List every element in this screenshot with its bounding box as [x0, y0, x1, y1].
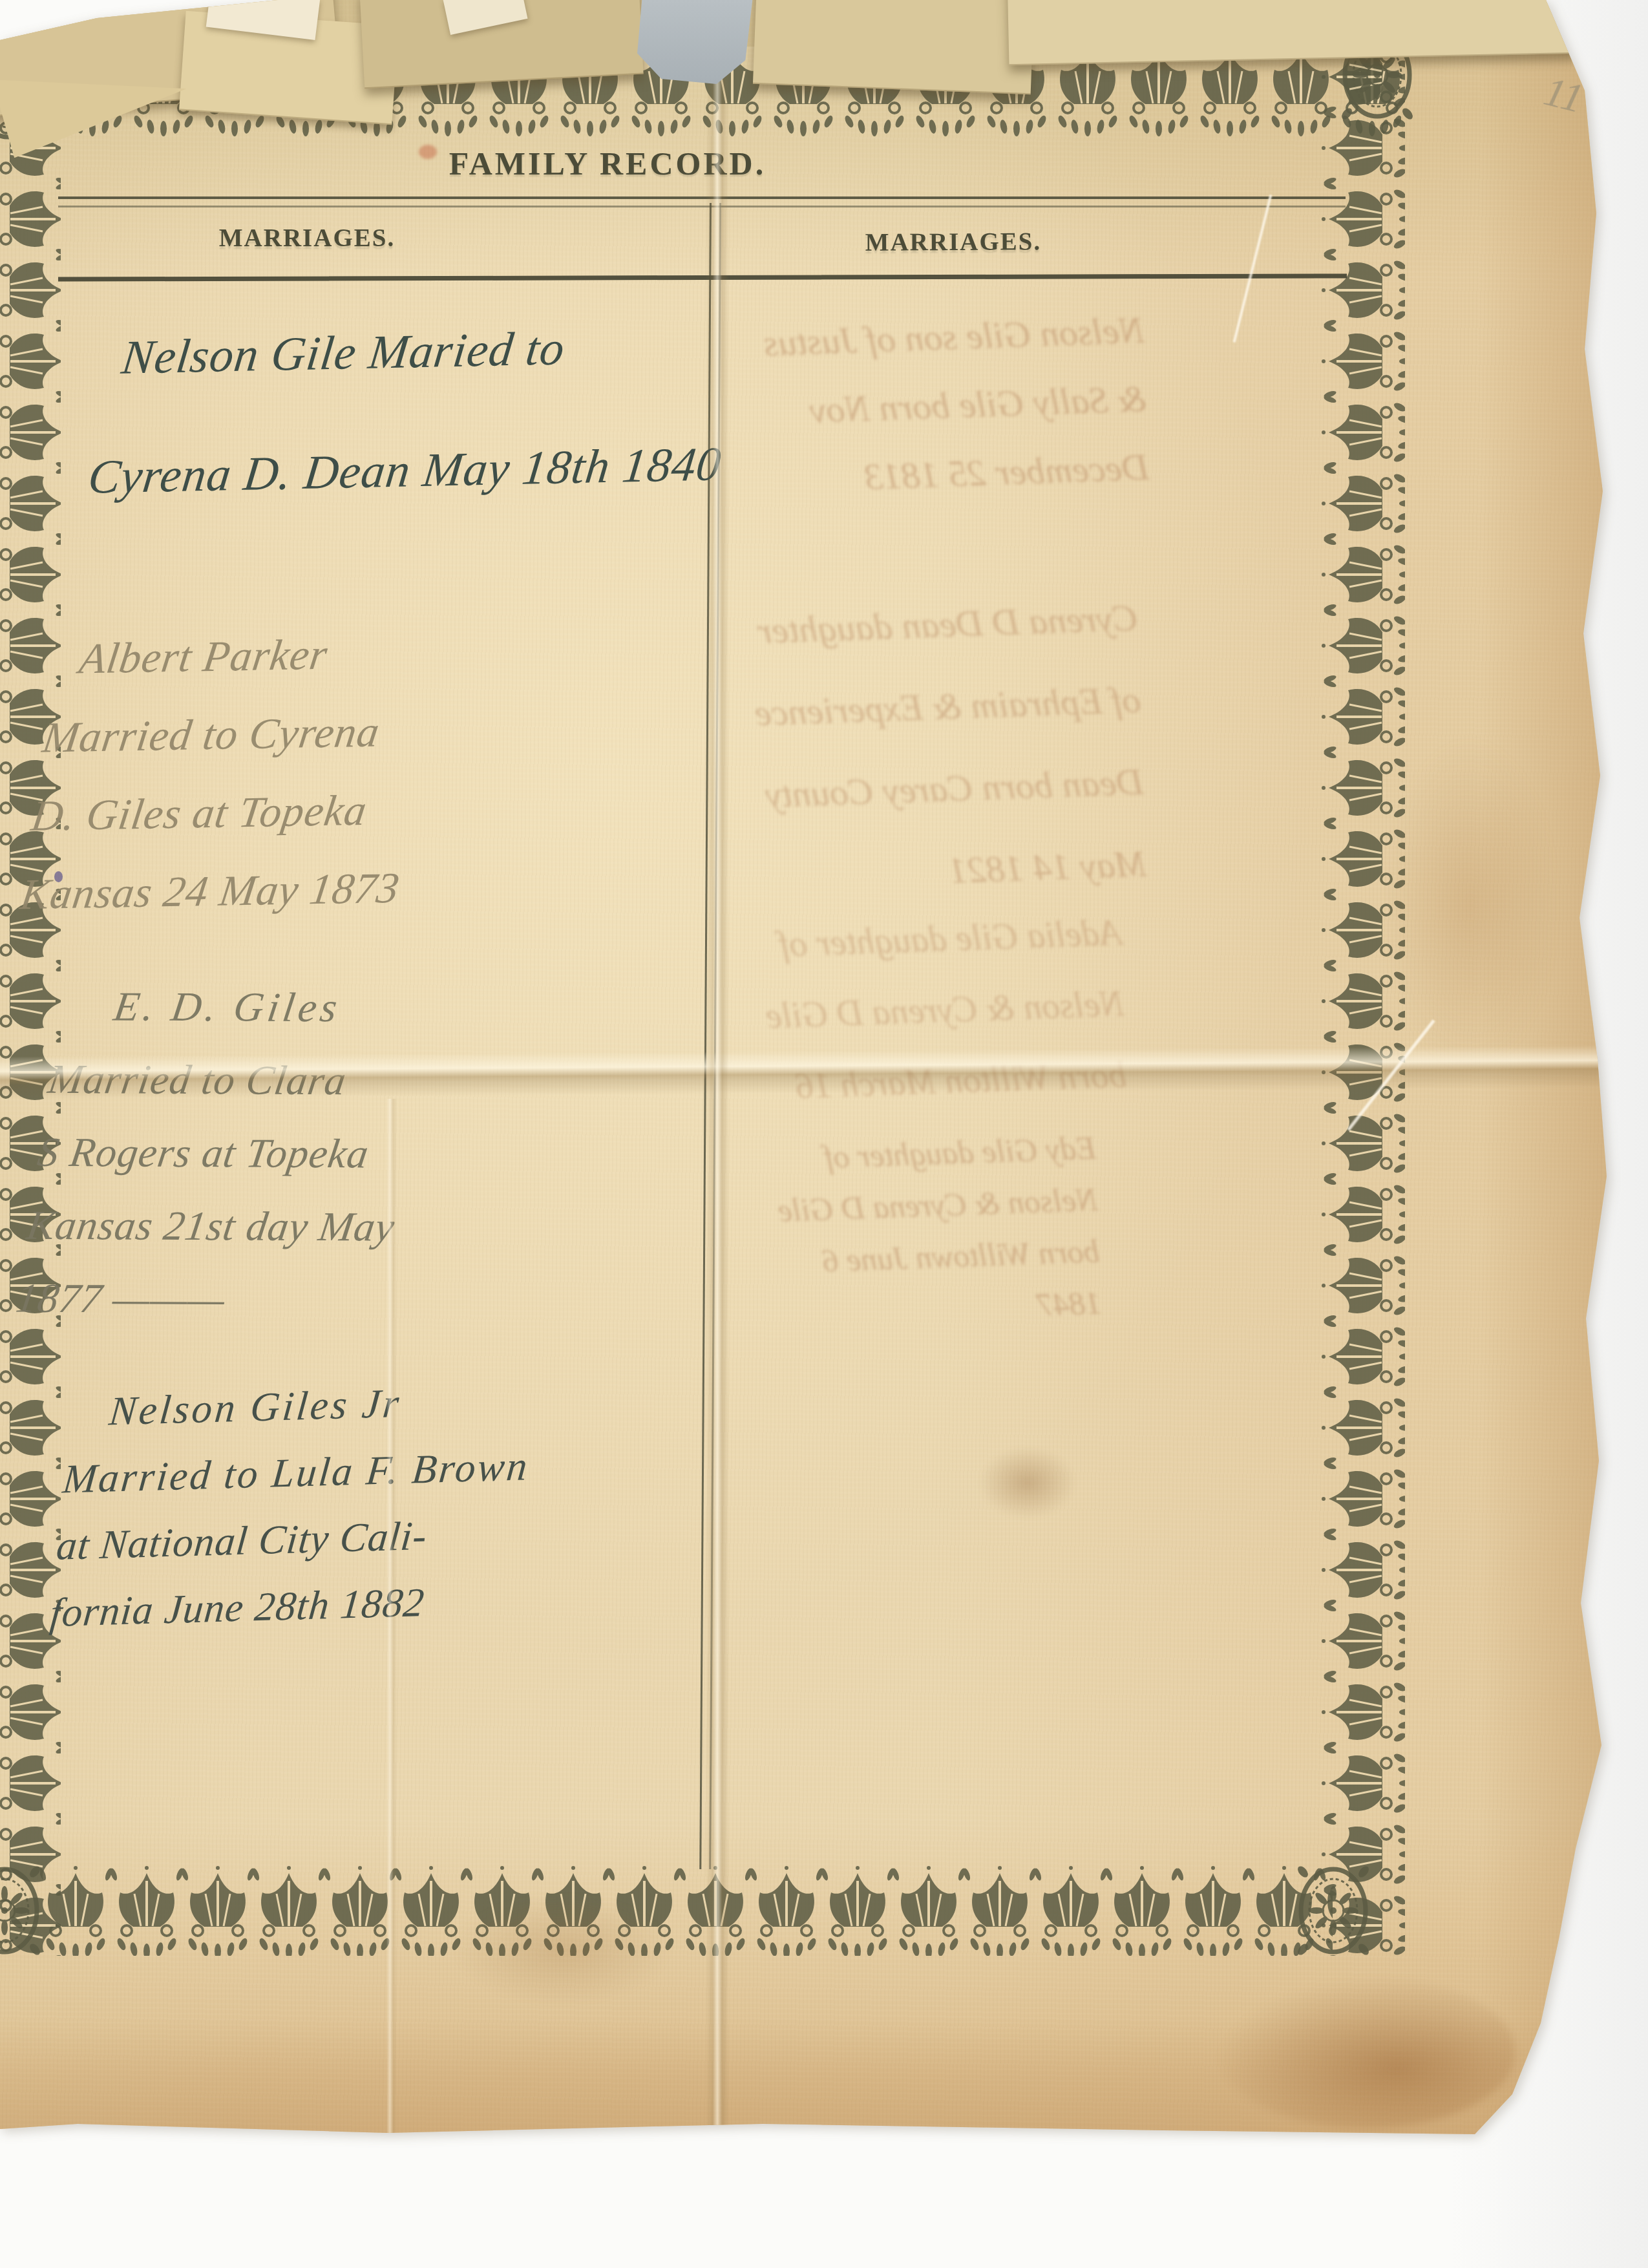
torn-flap	[753, 0, 1035, 94]
torn-flap	[1008, 0, 1578, 65]
paper-sheet: FAMILY RECORD. MARRIAGES. MARRIAGES. Nel…	[0, 0, 1611, 2141]
torn-flaps-layer	[0, 0, 1611, 2141]
scanned-sheet-wrapper: FAMILY RECORD. MARRIAGES. MARRIAGES. Nel…	[0, 0, 1648, 2268]
